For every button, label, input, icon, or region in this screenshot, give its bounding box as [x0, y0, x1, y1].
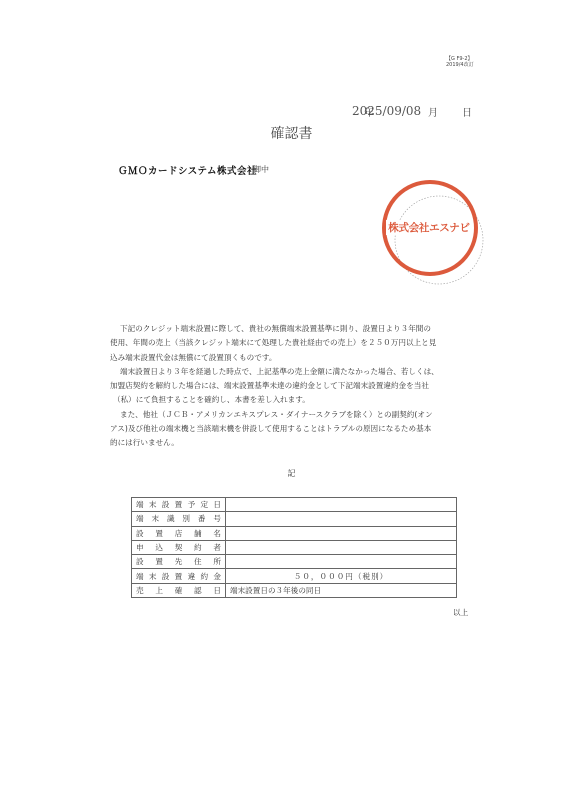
document-title: 確認書	[0, 123, 583, 143]
label-char: 端	[136, 570, 144, 583]
row-label-text: 申込契約者	[136, 541, 221, 554]
row-value[interactable]	[226, 498, 457, 512]
body-line: 的には行いません。	[110, 436, 470, 450]
label-char: 末	[149, 570, 157, 583]
row-label: 端末識別番号	[132, 512, 226, 526]
row-value[interactable]: ５０，０００円（税別）	[226, 569, 457, 583]
date-value[interactable]: 2025/09/08	[352, 104, 421, 118]
table-row: 設置先住所	[132, 555, 457, 569]
row-label: 設置店舗名	[132, 526, 226, 540]
label-char: 所	[213, 555, 221, 568]
form-code: 【G F9-2】 2019/4改訂	[446, 56, 474, 68]
table-row: 売上確認日端末設置日の３年後の同日	[132, 583, 457, 597]
label-char: 名	[213, 527, 221, 540]
label-char: 住	[194, 555, 202, 568]
row-label: 売上確認日	[132, 583, 226, 597]
label-char: 置	[175, 570, 183, 583]
label-char: 約	[194, 541, 202, 554]
label-char: 設	[136, 527, 144, 540]
label-char: 申	[136, 541, 144, 554]
label-char: 予	[188, 498, 196, 511]
table-row: 申込契約者	[132, 540, 457, 554]
label-char: 識	[167, 512, 175, 525]
label-char: 号	[213, 512, 221, 525]
date-year-label: 年	[364, 104, 374, 119]
label-char: 置	[155, 527, 163, 540]
label-char: 番	[198, 512, 206, 525]
details-table: 端末設置予定日端末識別番号設置店舗名申込契約者設置先住所端末設置違約金５０，００…	[131, 497, 457, 598]
label-char: 定	[200, 498, 208, 511]
row-label: 端末設置予定日	[132, 498, 226, 512]
label-char: 末	[151, 512, 159, 525]
label-char: 末	[149, 498, 157, 511]
body-line: 使用、年間の売上（当該クレジット端末にて処理した貴社経由での売上）を２５０万円以…	[110, 336, 470, 350]
label-char: 舗	[194, 527, 202, 540]
label-char: 端	[136, 512, 144, 525]
label-char: 設	[162, 570, 170, 583]
row-value[interactable]	[226, 540, 457, 554]
body-line: 下記のクレジット端末設置に際して、貴社の無償端末設置基準に則り、設置日より３年間…	[110, 322, 470, 336]
body-line: 込み端末設置代金は無償にて設置頂くものです。	[110, 351, 470, 365]
label-char: 日	[213, 584, 221, 597]
row-label: 設置先住所	[132, 555, 226, 569]
company-seal: 株式会社エスナビ	[370, 170, 490, 290]
body-line: （私）にて負担することを確約し、本書を差し入れます。	[110, 393, 470, 407]
body-line: 端末設置日より３年を経過した時点で、上記基準の売上金額に満たなかった場合、若しく…	[110, 365, 470, 379]
label-char: 置	[175, 498, 183, 511]
row-label-text: 端末設置予定日	[136, 498, 221, 511]
row-value[interactable]	[226, 526, 457, 540]
label-char: 金	[213, 570, 221, 583]
body-line: アス)及び他社の端末機と当該端末機を併設して使用することはトラブルの原因になるた…	[110, 422, 470, 436]
row-value[interactable]	[226, 555, 457, 569]
table-row: 端末設置違約金５０，０００円（税別）	[132, 569, 457, 583]
label-char: 込	[155, 541, 163, 554]
row-label-text: 売上確認日	[136, 584, 221, 597]
label-char: 確	[175, 584, 183, 597]
label-char: 売	[136, 584, 144, 597]
row-value[interactable]	[226, 512, 457, 526]
label-char: 者	[213, 541, 221, 554]
row-label-text: 端末設置違約金	[136, 570, 221, 583]
row-label-text: 設置先住所	[136, 555, 221, 568]
addressee-company: ＧＭＯカードシステム株式会社	[118, 163, 257, 177]
paragraph-2: 端末設置日より３年を経過した時点で、上記基準の売上金額に満たなかった場合、若しく…	[110, 365, 470, 408]
form-code-revision: 2019/4改訂	[446, 62, 474, 68]
body-line: 加盟店契約を解約した場合には、端末設置基準未達の違約金として下記端末設置違約金を…	[110, 379, 470, 393]
seal-text: 株式会社エスナビ	[386, 220, 472, 235]
date-day-label: 日	[462, 104, 472, 119]
row-label-text: 設置店舗名	[136, 527, 221, 540]
row-label-text: 端末識別番号	[136, 512, 221, 525]
date-month-label: 月	[428, 104, 438, 119]
label-char: 認	[194, 584, 202, 597]
label-char: 違	[188, 570, 196, 583]
paragraph-3: また、他社（ＪＣＢ・アメリカンエキスプレス・ダイナースクラブを除く）との副契約(…	[110, 408, 470, 451]
label-char: 置	[155, 555, 163, 568]
table-row: 設置店舗名	[132, 526, 457, 540]
row-value[interactable]: 端末設置日の３年後の同日	[226, 583, 457, 597]
closing-mark: 以上	[453, 607, 468, 618]
table-row: 端末識別番号	[132, 512, 457, 526]
body-line: また、他社（ＪＣＢ・アメリカンエキスプレス・ダイナースクラブを除く）との副契約(…	[110, 408, 470, 422]
paragraph-1: 下記のクレジット端末設置に際して、貴社の無償端末設置基準に則り、設置日より３年間…	[110, 322, 470, 365]
addressee-honorific: 御中	[253, 164, 269, 175]
ki-heading: 記	[0, 468, 583, 479]
label-char: 日	[213, 498, 221, 511]
label-char: 先	[175, 555, 183, 568]
label-char: 約	[200, 570, 208, 583]
label-char: 端	[136, 498, 144, 511]
row-label: 申込契約者	[132, 540, 226, 554]
label-char: 設	[162, 498, 170, 511]
row-label: 端末設置違約金	[132, 569, 226, 583]
label-char: 設	[136, 555, 144, 568]
label-char: 別	[182, 512, 190, 525]
label-char: 店	[175, 527, 183, 540]
body-text: 下記のクレジット端末設置に際して、貴社の無償端末設置基準に則り、設置日より３年間…	[110, 322, 470, 451]
label-char: 上	[155, 584, 163, 597]
table-row: 端末設置予定日	[132, 498, 457, 512]
label-char: 契	[175, 541, 183, 554]
